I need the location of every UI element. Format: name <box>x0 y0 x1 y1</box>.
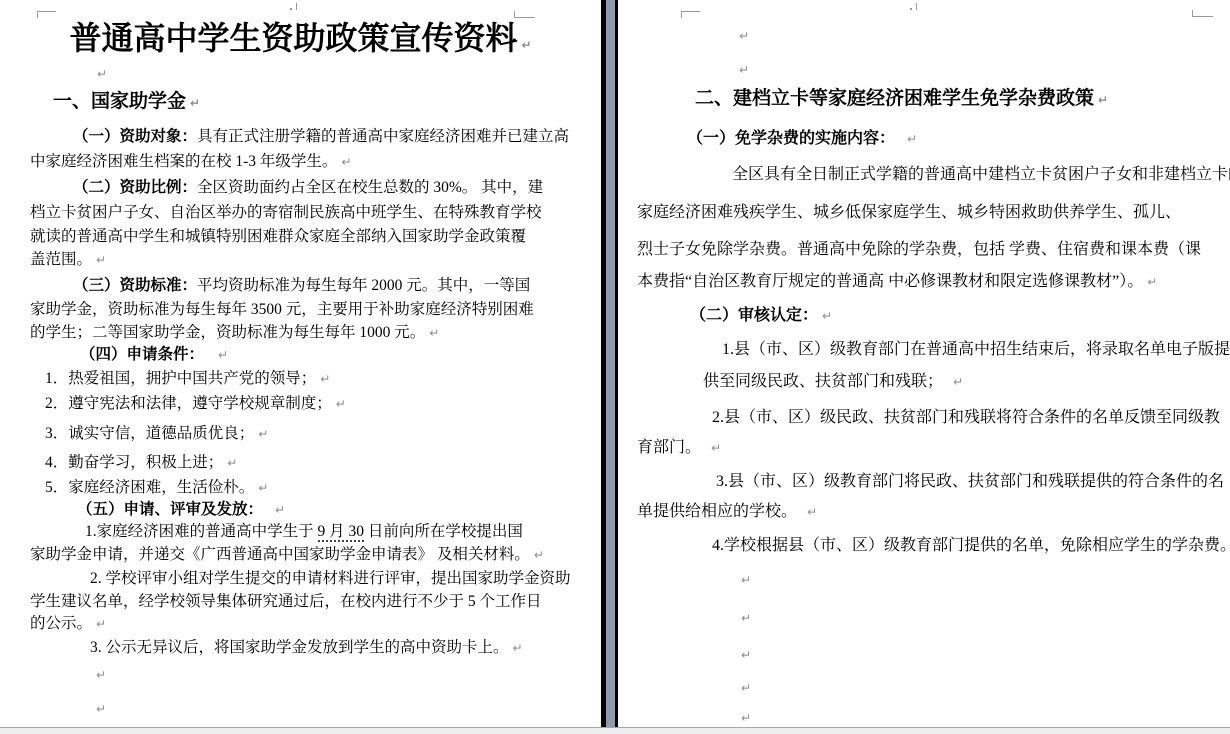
margin-crop-mark <box>1192 10 1213 17</box>
paragraph-label: （五）申请、评审及发放： <box>77 501 263 518</box>
empty-paragraph: ↵ <box>93 64 107 83</box>
paragraph-label: （三）资助标准： <box>73 277 197 294</box>
text-run: 平均资助标准为每生每年 2000 元。其中，一等国 <box>197 277 530 294</box>
paragraph-mark: ↵ <box>907 132 917 146</box>
text-line: （二）资助比例：全区资助面约占全区在校生总数的 30%。 其中，建 <box>73 178 543 197</box>
paragraph-mark: ↵ <box>1147 275 1157 289</box>
text-line: 2.县（市、区）级民政、扶贫部门和残联将符合条件的名单反馈至同级教 <box>712 408 1220 428</box>
section-heading-1: 一、国家助学金↵ <box>53 90 200 114</box>
text-line: （二）审核认定：↵ <box>690 306 832 326</box>
text-run: 具有正式注册学籍的普通高中家庭经济困难并已建立高 <box>197 128 569 145</box>
text-line: 家助学金，资助标准为每生每年 3500 元，主要用于补助家庭经济特别困难 <box>30 300 534 319</box>
text-line: 2. 学校评审小组对学生提交的申请材料进行评审，提出国家助学金资助 <box>90 569 571 588</box>
text-line: 3. 公示无异议后，将国家助学金发放到学生的高中资助卡上。↵ <box>90 638 523 657</box>
list-item: 5．家庭经济困难，生活俭朴。↵ <box>45 478 268 497</box>
document-view: 普通高中学生资助政策宣传资料↵ ↵ 一、国家助学金↵ （一）资助对象：具有正式注… <box>0 0 1230 734</box>
paragraph-mark: ↵ <box>953 375 963 389</box>
document-title: 普通高中学生资助政策宣传资料↵ <box>0 18 601 58</box>
paragraph-mark: ↵ <box>429 326 439 340</box>
text-run: 1.县（市、区）级教育部门在普通高中招生结束后，将录取名单电子版提 <box>722 341 1230 358</box>
paragraph-mark: ↵ <box>711 441 721 455</box>
paragraph-mark: ↵ <box>741 648 751 662</box>
paragraph-label: （二）审核认定： <box>690 307 818 324</box>
text-run: 档立卡贫困户子女、自治区举办的寄宿制民族高中班学生、在特殊教育学校 <box>30 204 542 221</box>
paragraph-label: （二）资助比例： <box>73 179 197 196</box>
paragraph-mark: ↵ <box>341 155 351 169</box>
empty-paragraph: ↵ <box>737 608 751 628</box>
text-line: 学生建议名单，经学校领导集体研究通过后，在校内进行不少于 5 个工作日 <box>30 592 542 611</box>
text-run: 1．热爱祖国，拥护中国共产党的领导； <box>45 370 316 387</box>
text-run: 家助学金，资助标准为每生每年 3500 元，主要用于补助家庭经济特别困难 <box>30 301 534 318</box>
empty-paragraph: ↵ <box>735 60 749 80</box>
empty-paragraph: ↵ <box>92 665 106 684</box>
paragraph-mark: ↵ <box>97 67 107 81</box>
text-line: 单提供给相应的学校。↵ <box>637 502 817 522</box>
empty-paragraph: ↵ <box>735 26 749 46</box>
text-run: 1.家庭经济困难的普通高中学生于 <box>85 523 318 540</box>
text-run: 就读的普通高中学生和城镇特别困难群众家庭全部纳入国家助学金政策覆 <box>30 228 526 245</box>
text-run: 的学生；二等国家助学金，资助标准为每生每年 1000 元。 <box>30 324 425 341</box>
text-run: 盖范围。 <box>30 251 92 268</box>
underlined-date: 9 月 30 <box>318 523 365 542</box>
margin-crop-mark <box>514 11 535 18</box>
text-line: 档立卡贫困户子女、自治区举办的寄宿制民族高中班学生、在特殊教育学校 <box>30 203 542 222</box>
text-run: 家助学金申请，并递交《广西普通高中国家助学金申请表》 及相关材料。 <box>30 546 530 563</box>
text-run: 3. 公示无异议后，将国家助学金发放到学生的高中资助卡上。 <box>90 639 509 656</box>
list-item: 2．遵守宪法和法律，遵守学校规章制度；↵ <box>45 394 346 413</box>
paragraph-mark: ↵ <box>741 611 751 625</box>
paragraph-label: （四）申请条件： <box>80 346 204 363</box>
paragraph-mark: ↵ <box>739 63 749 77</box>
text-line: 的公示。↵ <box>30 614 106 633</box>
paragraph-mark: ↵ <box>275 503 285 517</box>
text-line: 就读的普通高中学生和城镇特别困难群众家庭全部纳入国家助学金政策覆 <box>30 227 526 246</box>
text-run: 全区资助面约占全区在校生总数的 30%。 其中，建 <box>197 179 543 196</box>
list-item: 1．热爱祖国，拥护中国共产党的领导；↵ <box>45 369 330 388</box>
paragraph-mark: ↵ <box>741 573 751 587</box>
text-run: 3．诚实守信，道德品质优良； <box>45 425 254 442</box>
text-line: 家庭经济困难残疾学生、城乡低保家庭学生、城乡特困救助供养学生、孤儿、 <box>637 203 1181 223</box>
paragraph-mark: ↵ <box>96 668 106 682</box>
text-line: 1.县（市、区）级教育部门在普通高中招生结束后，将录取名单电子版提 <box>722 340 1230 360</box>
document-title-text: 普通高中学生资助政策宣传资料 <box>69 20 517 56</box>
text-line: 的学生；二等国家助学金，资助标准为每生每年 1000 元。↵ <box>30 323 439 342</box>
paragraph-mark: ↵ <box>96 702 106 716</box>
text-run: 的公示。 <box>30 615 92 632</box>
empty-paragraph: ↵ <box>737 645 751 665</box>
text-line: 育部门。↵ <box>637 438 721 458</box>
text-run: 家庭经济困难残疾学生、城乡低保家庭学生、城乡特困救助供养学生、孤儿、 <box>637 204 1181 221</box>
section-heading-2-text: 二、建档立卡等家庭经济困难学生免学杂费政策 <box>695 88 1094 109</box>
paragraph-mark: ↵ <box>741 681 751 695</box>
center-mark <box>296 3 297 10</box>
paragraph-mark: ↵ <box>258 427 268 441</box>
paragraph-label: （一）资助对象： <box>73 128 197 145</box>
text-line: 盖范围。↵ <box>30 250 106 269</box>
text-line: （五）申请、评审及发放：↵ <box>77 500 285 519</box>
list-item: 4．勤奋学习，积极上进；↵ <box>45 453 237 472</box>
paragraph-mark: ↵ <box>741 711 751 725</box>
paragraph-mark: ↵ <box>807 505 817 519</box>
text-run: 学生建议名单，经学校领导集体研究通过后，在校内进行不少于 5 个工作日 <box>30 593 542 610</box>
text-line: 家助学金申请，并递交《广西普通高中国家助学金申请表》 及相关材料。↵ <box>30 545 544 564</box>
page-gap-divider <box>601 0 618 727</box>
text-line: 本费指“自治区教育厅规定的普通高 中必修课教材和限定选修课教材”）。↵ <box>637 272 1157 292</box>
text-run: 2.县（市、区）级民政、扶贫部门和残联将符合条件的名单反馈至同级教 <box>712 409 1220 426</box>
center-mark <box>910 8 912 10</box>
paragraph-mark: ↵ <box>822 309 832 323</box>
center-mark <box>916 3 917 10</box>
horizontal-scrollbar[interactable] <box>0 727 1230 734</box>
text-line: （四）申请条件：↵ <box>80 345 228 364</box>
text-run: 烈士子女免除学杂费。普通高中免除的学杂费，包括 学费、住宿费和课本费（课 <box>637 241 1201 258</box>
paragraph-mark: ↵ <box>739 29 749 43</box>
section-heading-2: 二、建档立卡等家庭经济困难学生免学杂费政策↵ <box>695 87 1108 111</box>
text-run: 供至同级民政、扶贫部门和残联； <box>703 373 943 390</box>
text-line: （一）资助对象：具有正式注册学籍的普通高中家庭经济困难并已建立高 <box>73 127 569 146</box>
text-run: 日前向所在学校提出国 <box>364 523 523 540</box>
text-run: 育部门。 <box>637 439 701 456</box>
text-line: 4.学校根据县（市、区）级教育部门提供的名单，免除相应学生的学杂费。↵ <box>712 536 1230 556</box>
section-heading-1-text: 一、国家助学金 <box>53 91 186 112</box>
text-run: 中家庭经济困难生档案的在校 1-3 年级学生。 <box>30 153 337 170</box>
text-line: （一）免学杂费的实施内容：↵ <box>687 129 917 149</box>
text-line: 供至同级民政、扶贫部门和残联；↵ <box>703 372 963 392</box>
text-line: 3.县（市、区）级教育部门将民政、扶贫部门和残联提供的符合条件的名 <box>716 472 1224 492</box>
paragraph-mark: ↵ <box>534 548 544 562</box>
text-run: 4.学校根据县（市、区）级教育部门提供的名单，免除相应学生的学杂费。 <box>712 537 1230 554</box>
text-run: 单提供给相应的学校。 <box>637 503 797 520</box>
empty-paragraph: ↵ <box>737 570 751 590</box>
paragraph-mark: ↵ <box>258 481 268 495</box>
text-run: 2．遵守宪法和法律，遵守学校规章制度； <box>45 395 332 412</box>
paragraph-mark: ↵ <box>96 617 106 631</box>
empty-paragraph: ↵ <box>737 708 751 728</box>
text-line: 全区具有全日制正式学籍的普通高中建档立卡贫困户子女和非建档立卡的 <box>732 165 1230 185</box>
text-run: 全区具有全日制正式学籍的普通高中建档立卡贫困户子女和非建档立卡的 <box>732 166 1230 183</box>
center-mark <box>290 8 292 10</box>
paragraph-mark: ↵ <box>227 456 237 470</box>
list-item: 3．诚实守信，道德品质优良；↵ <box>45 424 268 443</box>
empty-paragraph: ↵ <box>737 678 751 698</box>
paragraph-mark: ↵ <box>320 372 330 386</box>
paragraph-mark: ↵ <box>96 253 106 267</box>
paragraph-mark: ↵ <box>513 641 523 655</box>
text-line: （三）资助标准：平均资助标准为每生每年 2000 元。其中，一等国 <box>73 276 530 295</box>
paragraph-mark: ↵ <box>190 96 200 110</box>
margin-crop-mark <box>681 11 700 18</box>
text-run: 5．家庭经济困难，生活俭朴。 <box>45 479 254 496</box>
margin-crop-mark <box>37 11 56 18</box>
text-line: 中家庭经济困难生档案的在校 1-3 年级学生。↵ <box>30 152 351 171</box>
text-run: 3.县（市、区）级教育部门将民政、扶贫部门和残联提供的符合条件的名 <box>716 473 1224 490</box>
paragraph-label: （一）免学杂费的实施内容： <box>687 130 895 147</box>
empty-paragraph: ↵ <box>92 699 106 718</box>
text-line: 1.家庭经济困难的普通高中学生于 9 月 30 日前向所在学校提出国 <box>85 522 523 541</box>
text-run: 2. 学校评审小组对学生提交的申请材料进行评审，提出国家助学金资助 <box>90 570 571 587</box>
text-run: 本费指“自治区教育厅规定的普通高 中必修课教材和限定选修课教材”）。 <box>637 273 1143 290</box>
paragraph-mark: ↵ <box>1098 93 1108 107</box>
text-line: 烈士子女免除学杂费。普通高中免除的学杂费，包括 学费、住宿费和课本费（课 <box>637 240 1201 260</box>
paragraph-mark: ↵ <box>336 397 346 411</box>
text-run: 4．勤奋学习，积极上进； <box>45 454 223 471</box>
paragraph-mark: ↵ <box>521 38 531 52</box>
paragraph-mark: ↵ <box>218 348 228 362</box>
